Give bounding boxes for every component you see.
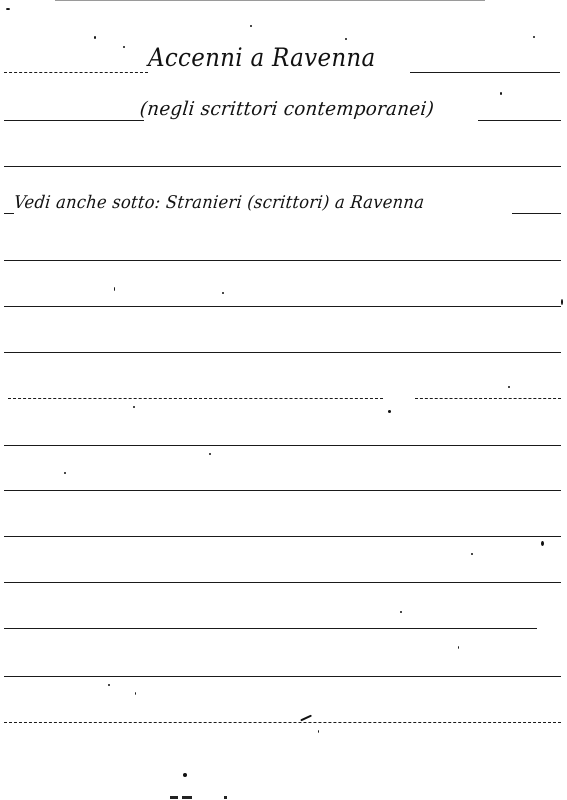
ruled-line xyxy=(4,72,148,73)
ink-speck xyxy=(471,553,473,555)
ink-speck xyxy=(135,692,136,695)
ruled-line xyxy=(4,676,561,677)
ruled-line xyxy=(478,120,561,121)
ruled-line xyxy=(4,166,561,167)
ink-speck xyxy=(133,406,135,408)
ink-speck xyxy=(345,38,347,40)
ink-speck xyxy=(222,292,224,294)
ink-speck xyxy=(209,453,211,455)
ink-speck xyxy=(458,646,459,649)
ink-speck xyxy=(250,25,252,27)
cross-reference-note: Vedi anche sotto: Stranieri (scrittori) … xyxy=(13,193,425,213)
ruled-line xyxy=(4,213,14,214)
ruled-line xyxy=(512,213,561,214)
ruled-line xyxy=(4,352,561,353)
ink-speck xyxy=(400,611,402,613)
ink-speck xyxy=(500,92,502,95)
ink-speck xyxy=(6,8,10,10)
ink-speck xyxy=(388,410,391,413)
ruled-line xyxy=(4,536,561,537)
ink-speck xyxy=(541,541,544,546)
ink-speck xyxy=(318,730,319,733)
card-title: Accenni a Ravenna xyxy=(148,43,375,72)
page-top-edge xyxy=(55,0,485,1)
ink-speck xyxy=(300,715,312,721)
bottom-edge-marks xyxy=(170,796,230,800)
ink-speck xyxy=(114,287,115,291)
ink-speck xyxy=(94,36,96,39)
ink-speck xyxy=(64,472,66,474)
ruled-line xyxy=(415,398,561,399)
ruled-line xyxy=(4,628,537,629)
ruled-line xyxy=(8,398,383,399)
ruled-line xyxy=(4,306,561,307)
ink-speck xyxy=(183,773,187,777)
ruled-line xyxy=(4,722,561,723)
ruled-line xyxy=(4,445,561,446)
ruled-line xyxy=(4,582,561,583)
ink-speck xyxy=(508,386,510,388)
ink-speck xyxy=(108,684,110,686)
ink-speck xyxy=(123,46,125,48)
card-subtitle: (negli scrittori contemporanei) xyxy=(139,98,435,120)
scanned-page: Accenni a Ravenna (negli scrittori conte… xyxy=(0,0,567,800)
ruled-line xyxy=(410,72,560,73)
ink-speck xyxy=(561,299,563,305)
ruled-line xyxy=(4,120,144,121)
ruled-line xyxy=(4,260,561,261)
ruled-line xyxy=(4,490,561,491)
ink-speck xyxy=(533,36,535,38)
